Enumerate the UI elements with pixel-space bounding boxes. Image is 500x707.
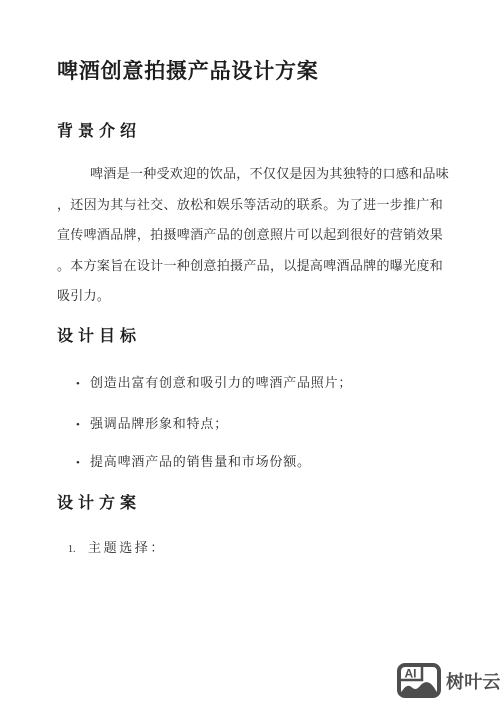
- list-item-text: 创造出富有创意和吸引力的啤酒产品照片；: [90, 375, 352, 391]
- list-item: • 提高啤酒产品的销售量和市场份额。: [57, 454, 311, 471]
- list-item: • 创造出富有创意和吸引力的啤酒产品照片；: [57, 375, 352, 392]
- list-item-text: 强调品牌形象和特点；: [90, 416, 228, 432]
- document-page: 啤酒创意拍摄产品设计方案 背景介绍 啤酒是一种受欢迎的饮品，不仅仅是因为其独特的…: [0, 0, 500, 707]
- list-item: • 强调品牌形象和特点；: [57, 416, 228, 433]
- watermark-icon-text: AI: [405, 667, 417, 681]
- list-number: 1.: [68, 542, 88, 558]
- paragraph-line: 。本方案旨在设计一种创意拍摄产品，以提高啤酒品牌的曝光度和: [57, 251, 443, 282]
- paragraph-line: 吸引力。: [57, 281, 443, 312]
- section-heading-design-plan: 设计方案: [57, 496, 141, 512]
- paragraph-line: 宣传啤酒品牌，拍摄啤酒产品的创意照片可以起到很好的营销效果: [57, 220, 443, 251]
- numbered-list-item: 1. 主题选择：: [68, 540, 166, 558]
- watermark-label: 树叶云: [446, 668, 500, 694]
- document-title: 啤酒创意拍摄产品设计方案: [57, 61, 319, 82]
- background-intro-paragraph: 啤酒是一种受欢迎的饮品，不仅仅是因为其独特的口感和品味 ，还因为其与社交、放松和…: [57, 159, 443, 312]
- list-item-text: 提高啤酒产品的销售量和市场份额。: [90, 454, 311, 470]
- ai-image-icon: AI: [397, 663, 441, 698]
- section-heading-background-intro: 背景介绍: [57, 124, 141, 140]
- section-heading-design-goals: 设计目标: [57, 329, 141, 345]
- bullet-icon: •: [57, 376, 90, 392]
- numbered-item-text: 主题选择：: [88, 540, 166, 556]
- watermark: AI 树叶云: [397, 663, 500, 698]
- bullet-icon: •: [57, 417, 90, 433]
- paragraph-line: ，还因为其与社交、放松和娱乐等活动的联系。为了进一步推广和: [57, 190, 443, 221]
- bullet-icon: •: [57, 455, 90, 471]
- paragraph-line: 啤酒是一种受欢迎的饮品，不仅仅是因为其独特的口感和品味: [57, 159, 443, 190]
